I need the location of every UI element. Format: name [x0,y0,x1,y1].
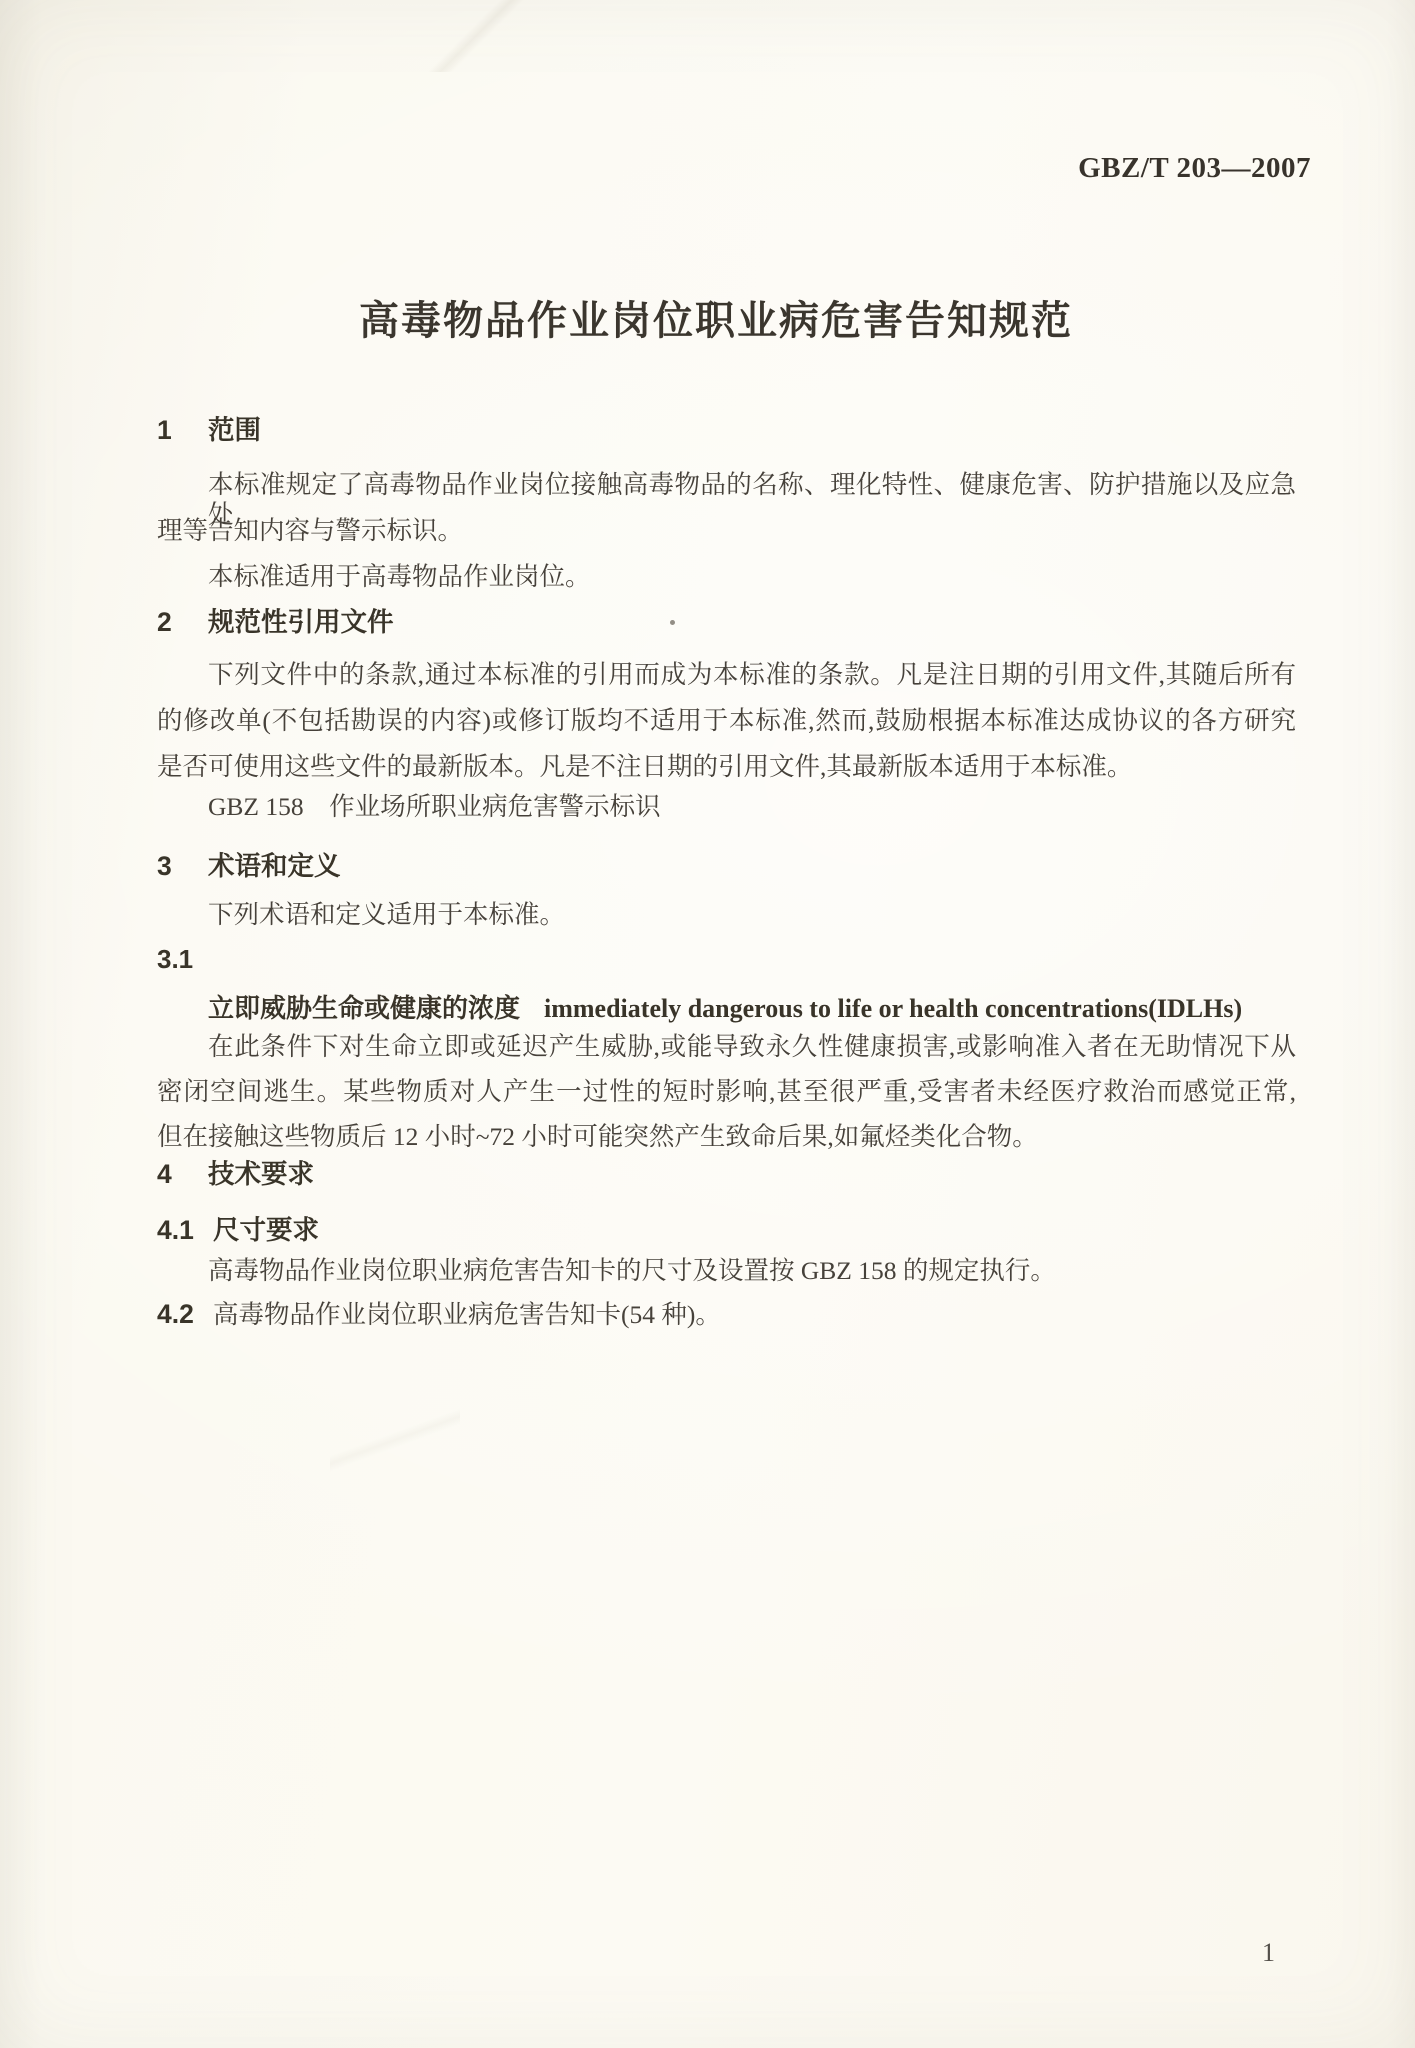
clause-3-1-number: 3.1 [157,944,193,975]
document-title: 高毒物品作业岗位职业病危害告知规范 [0,289,1415,346]
term-chinese: 立即威胁生命或健康的浓度 [208,993,520,1023]
section-3-heading: 3术语和定义 [157,850,341,882]
term-definition-heading: 立即威胁生命或健康的浓度immediately dangerous to lif… [208,988,1242,1025]
definition-line-2: 密闭空间逃生。某些物质对人产生一过性的短时影响,甚至很严重,受害者未经医疗救治而… [157,1077,1296,1107]
standard-code: GBZ/T 203—2007 [1078,152,1311,185]
section-2-number: 2 [157,606,208,638]
scan-crease-top [370,0,600,72]
section-4-heading: 4技术要求 [157,1158,314,1190]
section-1-title: 范围 [208,415,261,445]
section-3-number: 3 [157,850,208,882]
section-1-number: 1 [157,414,208,446]
clause-4-1-title: 尺寸要求 [213,1215,319,1245]
section-2-title: 规范性引用文件 [208,607,394,637]
clause-4-2-body: 高毒物品作业岗位职业病危害告知卡(54 种)。 [213,1300,721,1329]
section-3-title: 术语和定义 [208,851,341,881]
section-1-paragraph-line-3: 本标准适用于高毒物品作业岗位。 [208,562,591,592]
section-2-reference: GBZ 158 作业场所职业病危害警示标识 [208,792,661,822]
definition-line-1: 在此条件下对生命立即或延迟产生威胁,或能导致永久性健康损害,或影响准入者在无助情… [157,1032,1296,1062]
section-3-intro: 下列术语和定义适用于本标准。 [208,900,565,930]
page-number: 1 [1262,1938,1275,1968]
clause-4-2-number: 4.2 [157,1298,213,1330]
term-english: immediately dangerous to life or health … [544,994,1242,1023]
clause-4-2-heading: 4.2高毒物品作业岗位职业病危害告知卡(54 种)。 [157,1298,721,1331]
clause-4-1-body: 高毒物品作业岗位职业病危害告知卡的尺寸及设置按 GBZ 158 的规定执行。 [208,1256,1056,1286]
section-4-number: 4 [157,1158,208,1190]
section-2-heading: 2规范性引用文件 [157,606,394,638]
clause-4-1-number: 4.1 [157,1214,213,1246]
section-1-paragraph-line-2: 理等告知内容与警示标识。 [157,516,463,546]
section-2-paragraph-line-1: 下列文件中的条款,通过本标准的引用而成为本标准的条款。凡是注日期的引用文件,其随… [157,660,1296,690]
clause-4-1-heading: 4.1尺寸要求 [157,1214,319,1246]
scan-crease-left [330,1330,460,1550]
document-page: GBZ/T 203—2007 高毒物品作业岗位职业病危害告知规范 1范围 本标准… [0,0,1415,2048]
section-4-title: 技术要求 [208,1159,314,1189]
scan-speck [670,620,675,625]
definition-line-3: 但在接触这些物质后 12 小时~72 小时可能突然产生致命后果,如氟烃类化合物。 [157,1122,1038,1152]
section-1-heading: 1范围 [157,414,261,446]
section-2-paragraph-line-3: 是否可使用这些文件的最新版本。凡是不注日期的引用文件,其最新版本适用于本标准。 [157,752,1132,782]
section-2-paragraph-line-2: 的修改单(不包括勘误的内容)或修订版均不适用于本标准,然而,鼓励根据本标准达成协… [157,706,1296,736]
